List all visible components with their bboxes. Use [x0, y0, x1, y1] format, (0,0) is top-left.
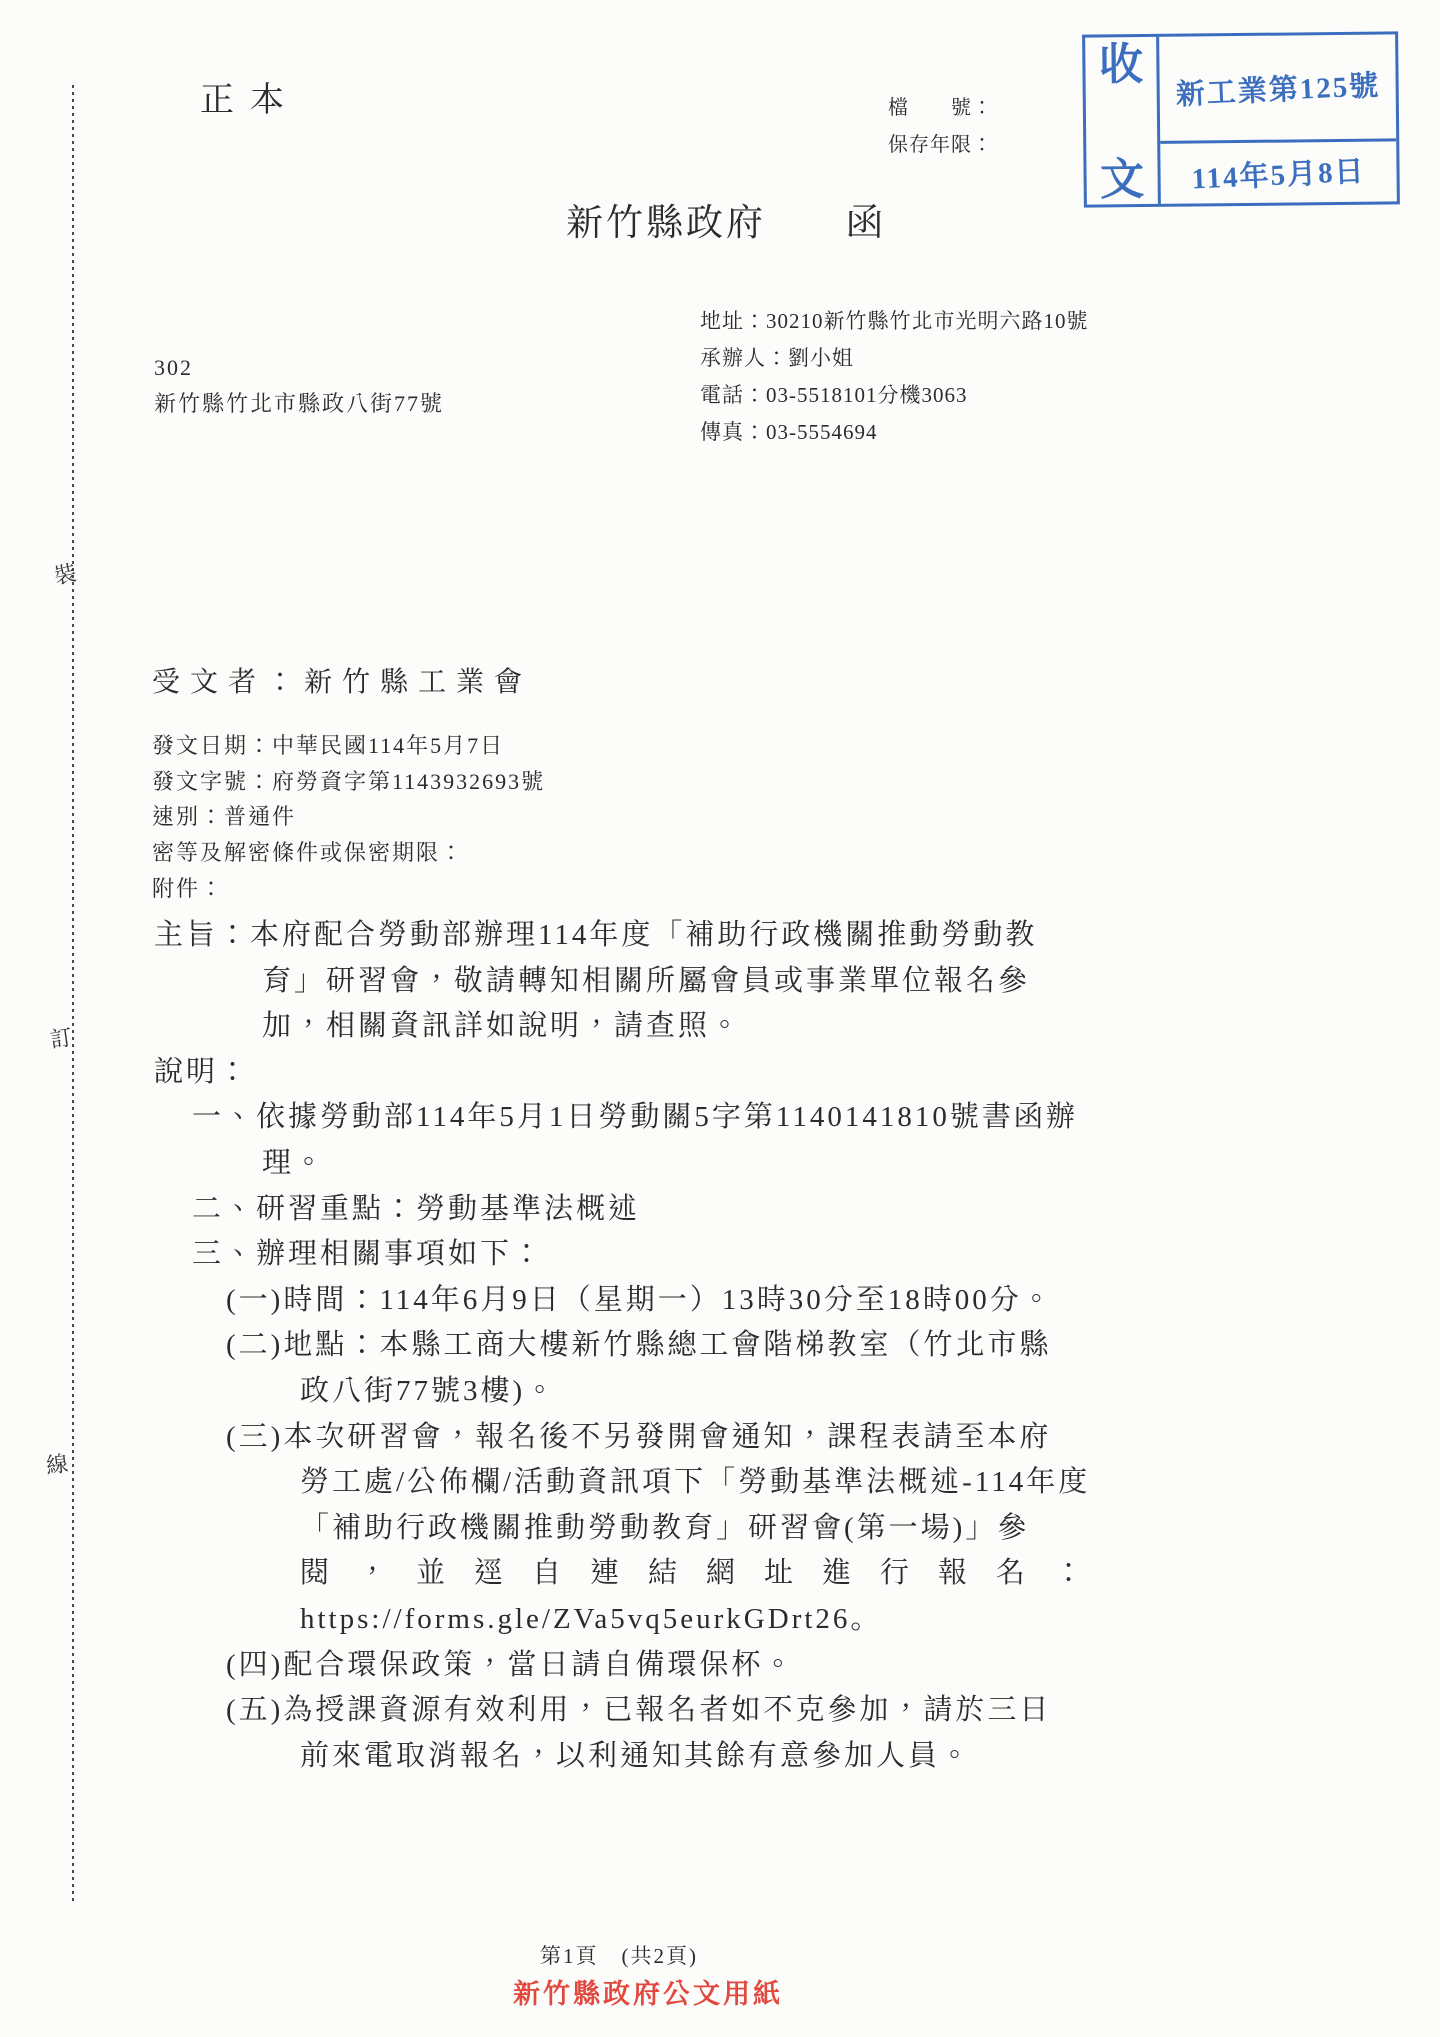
- stamp-char-wen: 文: [1100, 158, 1144, 202]
- body-line-item-1: 一、依據勞動部114年5月1日勞動關5字第1140141810號書函辦: [0, 1095, 1240, 1141]
- body-line-subitem-1: (一)時間：114年6月9日（星期一）13時30分至18時00分。: [0, 1278, 1240, 1324]
- meta-issue-date: 發文日期：中華民國114年5月7日: [152, 728, 545, 764]
- body-line: 閱，並逕自連結網址進行報名：: [0, 1551, 1240, 1597]
- document-body: 主旨：本府配合勞動部辦理114年度「補助行政機關推動勞動教 育」研習會，敬請轉知…: [0, 913, 1240, 1779]
- sender-postal-code: 302: [154, 350, 444, 386]
- meta-speed: 速別：普通件: [152, 799, 545, 835]
- body-line: 勞工處/公佈欄/活動資訊項下「勞動基準法概述-114年度: [0, 1460, 1240, 1506]
- body-line-explanation-header: 說明：: [0, 1050, 1240, 1096]
- body-line-subitem-3: (三)本次研習會，報名後不另發開會通知，課程表請至本府: [0, 1415, 1240, 1461]
- meta-secrecy: 密等及解密條件或保密期限：: [152, 835, 545, 871]
- body-line: 理。: [0, 1141, 1240, 1187]
- body-line-subitem-4: (四)配合環保政策，當日請自備環保杯。: [0, 1643, 1240, 1689]
- stamp-doc-number: 新工業第125號: [1175, 62, 1381, 112]
- meta-block: 發文日期：中華民國114年5月7日 發文字號：府勞資字第1143932693號 …: [152, 728, 545, 907]
- file-number-label: 檔 號：: [888, 90, 993, 127]
- recipient-line: 受文者：新竹縣工業會: [152, 660, 532, 700]
- body-line-subitem-5: (五)為授課資源有效利用，已報名者如不克參加，請於三日: [0, 1688, 1240, 1734]
- body-line: 育」研習會，敬請轉知相關所屬會員或事業單位報名參: [0, 959, 1240, 1005]
- body-line-registration-url: https://forms.gle/ZVa5vq5eurkGDrt26。: [0, 1597, 1240, 1643]
- body-line-subject: 主旨：本府配合勞動部辦理114年度「補助行政機關推動勞動教: [0, 913, 1240, 959]
- sender-block: 302 新竹縣竹北市縣政八街77號: [154, 350, 444, 422]
- received-stamp-left-column: 收 文: [1085, 37, 1161, 205]
- stamp-date: 114年5月8日: [1191, 148, 1367, 197]
- body-line: 政八街77號3樓)。: [0, 1369, 1240, 1415]
- official-letter-page: 裝 訂 線 正本 檔 號： 保存年限： 收 文 新工業第125號 114年5月8…: [0, 0, 1440, 2037]
- contact-phone: 電話：03-5518101分機3063: [700, 377, 1089, 414]
- received-stamp: 收 文 新工業第125號 114年5月8日: [1082, 31, 1400, 207]
- body-line: 加，相關資訊詳如說明，請查照。: [0, 1004, 1240, 1050]
- meta-doc-number: 發文字號：府勞資字第1143932693號: [152, 764, 545, 800]
- stamp-char-shou: 收: [1099, 43, 1143, 87]
- contact-block: 地址：30210新竹縣竹北市光明六路10號 承辦人：劉小姐 電話：03-5518…: [700, 303, 1089, 451]
- body-line-subitem-2: (二)地點：本縣工商大樓新竹縣總工會階梯教室（竹北市縣: [0, 1323, 1240, 1369]
- sender-address: 新竹縣竹北市縣政八街77號: [154, 386, 444, 422]
- stamp-date-cell: 114年5月8日: [1160, 141, 1397, 203]
- received-stamp-right-column: 新工業第125號 114年5月8日: [1159, 34, 1397, 203]
- page-number-info: 第1頁 (共2頁): [540, 1940, 698, 1970]
- body-line: 「補助行政機關推動勞動教育」研習會(第一場)」參: [0, 1506, 1240, 1552]
- body-line-item-3: 三、辦理相關事項如下：: [0, 1232, 1240, 1278]
- body-line-item-2: 二、研習重點：勞動基準法概述: [0, 1187, 1240, 1233]
- retention-label: 保存年限：: [888, 127, 993, 164]
- stamp-doc-number-cell: 新工業第125號: [1159, 34, 1396, 143]
- contact-fax: 傳真：03-5554694: [700, 414, 1089, 451]
- file-info-block: 檔 號： 保存年限：: [888, 90, 993, 164]
- meta-attachment: 附件：: [152, 871, 545, 907]
- copy-type-label: 正本: [200, 72, 300, 121]
- contact-address: 地址：30210新竹縣竹北市光明六路10號: [700, 303, 1089, 340]
- contact-officer: 承辦人：劉小姐: [700, 340, 1089, 377]
- body-line: 前來電取消報名，以利通知其餘有意參加人員。: [0, 1734, 1240, 1780]
- official-paper-label: 新竹縣政府公文用紙: [513, 1972, 783, 2011]
- binding-mark-zhuang: 裝: [51, 556, 79, 591]
- document-title: 新竹縣政府 函: [566, 192, 886, 246]
